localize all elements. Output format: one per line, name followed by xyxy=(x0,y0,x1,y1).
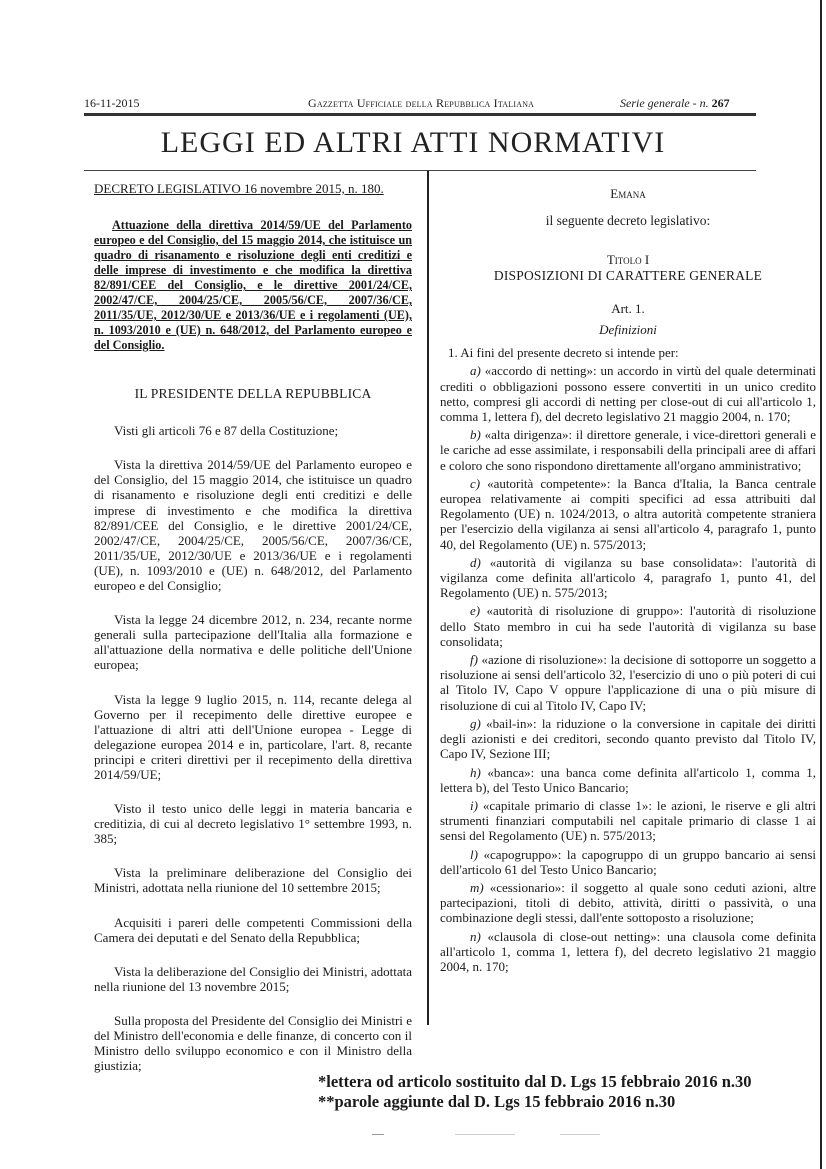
decree-title: DECRETO LEGISLATIVO 16 novembre 2015, n.… xyxy=(94,181,412,196)
article-number: Art. 1. xyxy=(440,301,816,316)
definition-text: «autorità di vigilanza su base consolida… xyxy=(440,555,816,600)
recital: Vista la preliminare deliberazione del C… xyxy=(94,865,412,895)
definition-letter: h) xyxy=(470,765,481,780)
definition-text: «clausola di close-out netting»: una cla… xyxy=(440,929,816,974)
series-number: 267 xyxy=(712,96,730,110)
article-title: Definizioni xyxy=(440,322,816,337)
footnote-added-words: **parole aggiunte dal D. Lgs 15 febbraio… xyxy=(318,1092,752,1112)
amendment-notes: *lettera od articolo sostituito dal D. L… xyxy=(318,1072,752,1112)
section-title: LEGGI ED ALTRI ATTI NORMATIVI xyxy=(0,126,826,160)
title-number: Titolo I xyxy=(440,252,816,267)
definition-letter: d) xyxy=(470,555,481,570)
series-sep: - n. xyxy=(690,96,712,110)
recital: Vista la legge 24 dicembre 2012, n. 234,… xyxy=(94,612,412,672)
definition-text: «azione di risoluzione»: la decisione di… xyxy=(440,652,816,713)
enactment-line: il seguente decreto legislativo: xyxy=(440,213,816,228)
publication-name: Gazzetta Ufficiale della Repubblica Ital… xyxy=(308,96,534,111)
definition-item: g) «bail-in»: la riduzione o la conversi… xyxy=(440,716,816,762)
definition-item: c) «autorità competente»: la Banca d'Ita… xyxy=(440,476,816,552)
definition-item: d) «autorità di vigilanza su base consol… xyxy=(440,555,816,601)
column-divider xyxy=(427,171,429,1025)
definition-letter: n) xyxy=(470,929,481,944)
decree-abstract: Attuazione della direttiva 2014/59/UE de… xyxy=(94,218,412,353)
left-column: DECRETO LEGISLATIVO 16 novembre 2015, n.… xyxy=(94,181,412,1073)
definition-letter: g) xyxy=(470,716,481,731)
definition-text: «bail-in»: la riduzione o la conversione… xyxy=(440,716,816,761)
definition-letter: m) xyxy=(470,880,484,895)
recital: Vista la direttiva 2014/59/UE del Parlam… xyxy=(94,457,412,593)
definition-item: b) «alta dirigenza»: il direttore genera… xyxy=(440,427,816,473)
article-intro: 1. Ai fini del presente decreto si inten… xyxy=(440,345,816,360)
definition-item: a) «accordo di netting»: un accordo in v… xyxy=(440,363,816,424)
definition-text: «capogruppo»: la capogruppo di un gruppo… xyxy=(440,847,816,877)
issue-date: 16-11-2015 xyxy=(84,96,140,111)
definition-item: h) «banca»: una banca come definita all'… xyxy=(440,765,816,795)
header-rule xyxy=(84,113,756,116)
series-info: Serie generale - n. 267 xyxy=(620,96,730,111)
definition-letter: b) xyxy=(470,427,481,442)
definition-text: «autorità competente»: la Banca d'Italia… xyxy=(440,476,816,552)
scan-speck xyxy=(372,1134,384,1135)
definition-letter: l) xyxy=(470,847,478,862)
right-column: Emana il seguente decreto legislativo: T… xyxy=(440,186,816,974)
definition-item: n) «clausola di close-out netting»: una … xyxy=(440,929,816,975)
definition-text: «banca»: una banca come definita all'art… xyxy=(440,765,816,795)
definition-text: «accordo di netting»: un accordo in virt… xyxy=(440,363,816,424)
definition-text: «cessionario»: il soggetto al quale sono… xyxy=(440,880,816,925)
definition-letter: c) xyxy=(470,476,480,491)
definition-letter: e) xyxy=(470,603,480,618)
definition-item: l) «capogruppo»: la capogruppo di un gru… xyxy=(440,847,816,877)
definition-text: «alta dirigenza»: il direttore generale,… xyxy=(440,427,816,472)
footnote-substituted: *lettera od articolo sostituito dal D. L… xyxy=(318,1072,752,1092)
recital: Visto il testo unico delle leggi in mate… xyxy=(94,801,412,846)
recital: Vista la legge 9 luglio 2015, n. 114, re… xyxy=(94,692,412,783)
president-heading: IL PRESIDENTE DELLA REPUBBLICA xyxy=(94,386,412,401)
definition-text: «autorità di risoluzione di gruppo»: l'a… xyxy=(440,603,816,648)
definition-letter: a) xyxy=(470,363,481,378)
recital: Sulla proposta del Presidente del Consig… xyxy=(94,1013,412,1073)
definition-letter: f) xyxy=(470,652,478,667)
scan-edge xyxy=(820,0,822,1169)
recital: Visti gli articoli 76 e 87 della Costitu… xyxy=(94,423,412,438)
definition-text: «capitale primario di classe 1»: le azio… xyxy=(440,798,816,843)
definition-item: f) «azione di risoluzione»: la decisione… xyxy=(440,652,816,713)
scan-speck xyxy=(560,1134,600,1135)
emana-heading: Emana xyxy=(440,186,816,201)
definition-item: i) «capitale primario di classe 1»: le a… xyxy=(440,798,816,844)
definition-letter: i) xyxy=(470,798,478,813)
recital: Acquisiti i pareri delle competenti Comm… xyxy=(94,915,412,945)
definition-item: m) «cessionario»: il soggetto al quale s… xyxy=(440,880,816,926)
series-label: Serie generale xyxy=(620,96,690,110)
recital: Vista la deliberazione del Consiglio dei… xyxy=(94,964,412,994)
definition-item: e) «autorità di risoluzione di gruppo»: … xyxy=(440,603,816,649)
section-rule xyxy=(84,170,756,171)
title-name: DISPOSIZIONI DI CARATTERE GENERALE xyxy=(440,268,816,283)
scan-speck xyxy=(455,1134,515,1135)
